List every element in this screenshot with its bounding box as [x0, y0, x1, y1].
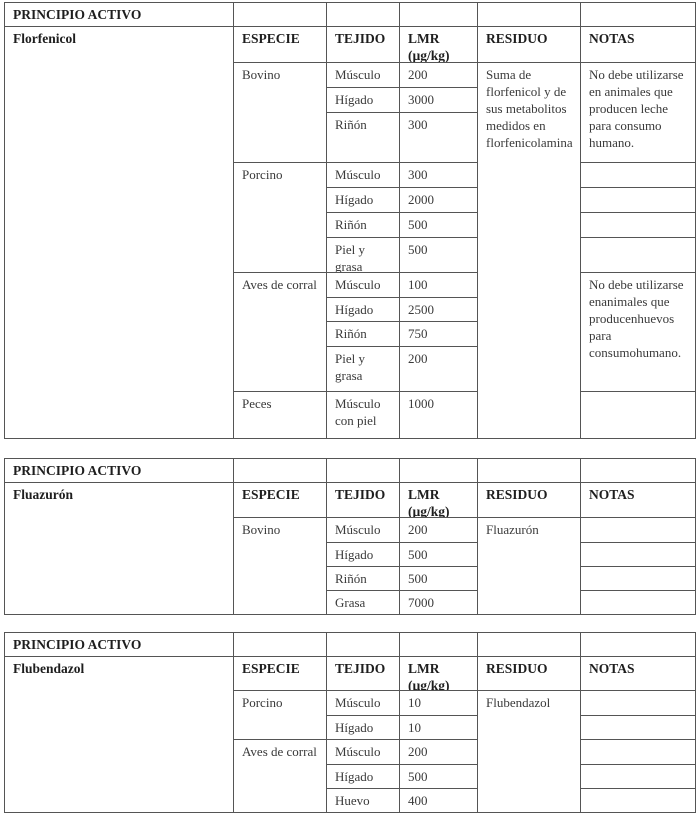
- column-header-notas: NOTAS: [580, 26, 696, 63]
- empty-header-cell: [399, 632, 478, 657]
- column-header-especie: ESPECIE: [233, 482, 327, 518]
- column-header-lmr: LMR (µg/kg): [399, 656, 478, 691]
- lmr-value: 500: [399, 566, 478, 591]
- lmr-value: 10: [399, 690, 478, 716]
- column-header-especie: ESPECIE: [233, 26, 327, 63]
- tejido-cell: Músculo: [326, 162, 400, 188]
- tejido-cell: Riñón: [326, 566, 400, 591]
- tejido-cell: Músculo: [326, 690, 400, 716]
- lmr-value: 7000: [399, 590, 478, 615]
- notas-cell: [580, 187, 696, 213]
- column-header-tejido: TEJIDO: [326, 656, 400, 691]
- column-header-notas: NOTAS: [580, 656, 696, 691]
- lmr-value: 400: [399, 788, 478, 813]
- empty-header-cell: [399, 458, 478, 483]
- notas-cell: [580, 739, 696, 765]
- lmr-value: 200: [399, 346, 478, 392]
- especie-cell: Bovino: [233, 62, 327, 163]
- column-header-notas: NOTAS: [580, 482, 696, 518]
- lmr-value: 750: [399, 321, 478, 347]
- tejido-cell: Músculo: [326, 517, 400, 543]
- tejido-cell: Riñón: [326, 321, 400, 347]
- notas-cell: [580, 542, 696, 567]
- especie-cell: Bovino: [233, 517, 327, 615]
- tejido-cell: Riñón: [326, 112, 400, 163]
- tejido-cell: Huevo: [326, 788, 400, 813]
- notas-cell: [580, 517, 696, 543]
- notas-cell: [580, 391, 696, 439]
- residuo-cell: Fluazurón: [477, 517, 581, 615]
- lmr-value: 3000: [399, 87, 478, 113]
- notas-cell: [580, 212, 696, 238]
- especie-cell: Aves de corral: [233, 739, 327, 813]
- tejido-cell: Riñón: [326, 212, 400, 238]
- empty-header-cell: [580, 632, 696, 657]
- empty-header-cell: [477, 458, 581, 483]
- lmr-value: 300: [399, 112, 478, 163]
- empty-header-cell: [326, 2, 400, 27]
- especie-cell: Porcino: [233, 690, 327, 740]
- column-header-residuo: RESIDUO: [477, 482, 581, 518]
- lmr-value: 2500: [399, 297, 478, 322]
- tejido-cell: Hígado: [326, 87, 400, 113]
- especie-cell: Peces: [233, 391, 327, 439]
- tejido-cell: Músculo: [326, 272, 400, 298]
- lmr-value: 2000: [399, 187, 478, 213]
- column-header-residuo: RESIDUO: [477, 26, 581, 63]
- empty-header-cell: [477, 2, 581, 27]
- lmr-value: 10: [399, 715, 478, 740]
- tejido-cell: Piel y grasa: [326, 237, 400, 273]
- notas-cell: No debe utilizarse en animales que produ…: [580, 62, 696, 163]
- column-header-lmr: LMR (µg/kg): [399, 26, 478, 63]
- notas-cell: [580, 690, 696, 716]
- tejido-cell: Piel y grasa: [326, 346, 400, 392]
- notas-cell: [580, 566, 696, 591]
- residuo-cell: Suma de florfenicol y de sus metabolitos…: [477, 62, 581, 439]
- substance-name: Fluazurón: [4, 482, 234, 615]
- lmr-value: 500: [399, 542, 478, 567]
- empty-header-cell: [580, 2, 696, 27]
- lmr-value: 200: [399, 739, 478, 765]
- tejido-cell: Músculo: [326, 62, 400, 88]
- empty-header-cell: [580, 458, 696, 483]
- tejido-cell: Hígado: [326, 542, 400, 567]
- empty-header-cell: [233, 458, 327, 483]
- especie-cell: Porcino: [233, 162, 327, 273]
- notas-cell: [580, 764, 696, 789]
- empty-header-cell: [477, 632, 581, 657]
- empty-header-cell: [233, 632, 327, 657]
- section-label: PRINCIPIO ACTIVO: [4, 458, 234, 483]
- tejido-cell: Hígado: [326, 715, 400, 740]
- tejido-cell: Hígado: [326, 297, 400, 322]
- empty-header-cell: [326, 632, 400, 657]
- section-label: PRINCIPIO ACTIVO: [4, 632, 234, 657]
- lmr-value: 1000: [399, 391, 478, 439]
- empty-header-cell: [233, 2, 327, 27]
- lmr-value: 100: [399, 272, 478, 298]
- column-header-residuo: RESIDUO: [477, 656, 581, 691]
- lmr-value: 200: [399, 62, 478, 88]
- empty-header-cell: [326, 458, 400, 483]
- lmr-value: 500: [399, 237, 478, 273]
- section-label: PRINCIPIO ACTIVO: [4, 2, 234, 27]
- column-header-especie: ESPECIE: [233, 656, 327, 691]
- tejido-cell: Hígado: [326, 187, 400, 213]
- tejido-cell: Músculo con piel: [326, 391, 400, 439]
- residuo-cell: Flubendazol: [477, 690, 581, 813]
- column-header-lmr: LMR (µg/kg): [399, 482, 478, 518]
- tejido-cell: Hígado: [326, 764, 400, 789]
- tejido-cell: Grasa: [326, 590, 400, 615]
- column-header-tejido: TEJIDO: [326, 26, 400, 63]
- especie-cell: Aves de corral: [233, 272, 327, 392]
- lmr-value: 200: [399, 517, 478, 543]
- notas-cell: [580, 715, 696, 740]
- substance-name: Florfenicol: [4, 26, 234, 439]
- notas-cell: [580, 590, 696, 615]
- lmr-value: 500: [399, 212, 478, 238]
- empty-header-cell: [399, 2, 478, 27]
- substance-name: Flubendazol: [4, 656, 234, 813]
- notas-cell: No debe utilizarse enanimales que produc…: [580, 272, 696, 392]
- tejido-cell: Músculo: [326, 739, 400, 765]
- notas-cell: [580, 237, 696, 273]
- lmr-value: 300: [399, 162, 478, 188]
- column-header-tejido: TEJIDO: [326, 482, 400, 518]
- notas-cell: [580, 162, 696, 188]
- lmr-value: 500: [399, 764, 478, 789]
- notas-cell: [580, 788, 696, 813]
